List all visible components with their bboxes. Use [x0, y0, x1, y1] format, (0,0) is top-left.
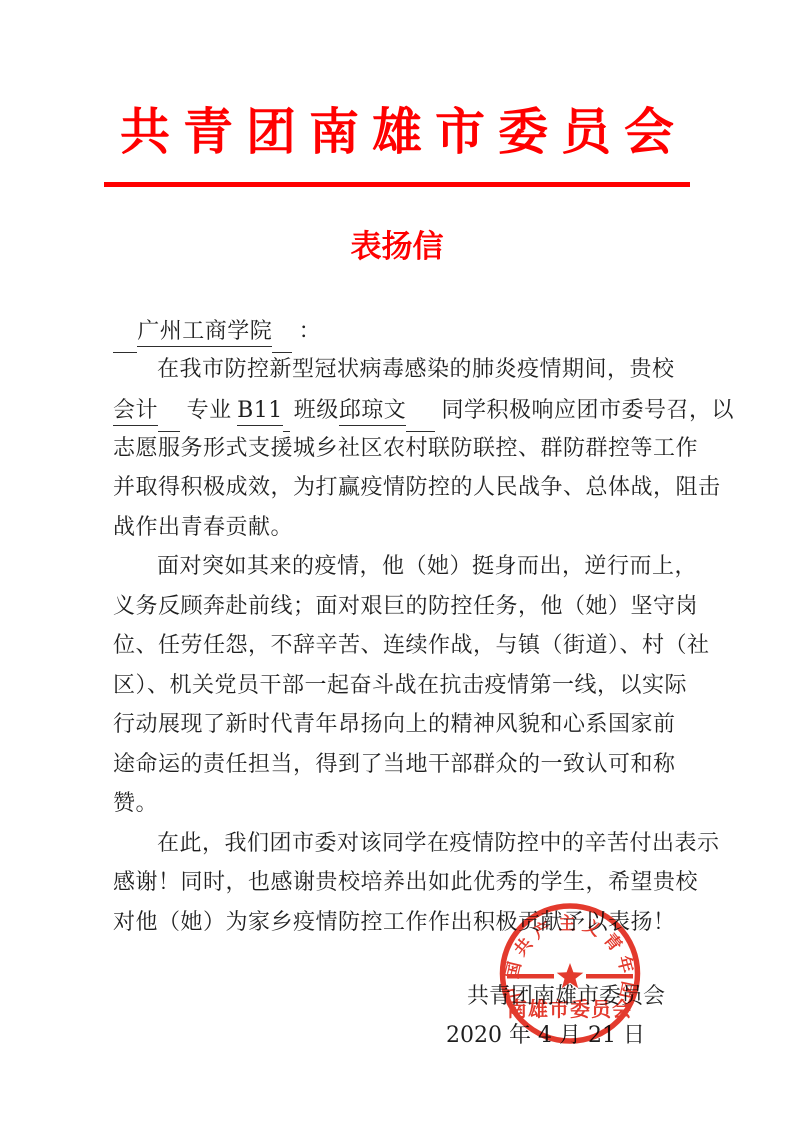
underlined-blank	[272, 310, 292, 353]
line-text: 感谢！同时，也感谢贵校培养出如此优秀的学生，希望贵校	[113, 870, 698, 895]
letter-line: 广州工商学院 ：	[113, 310, 683, 350]
letter-line: 行动展现了新时代青年昂扬向上的精神风貌和心系国家前	[113, 705, 683, 745]
signature-block: 共青团南雄市委员会 2020 年 4 月 21 日	[113, 982, 683, 1051]
underlined-blank	[406, 389, 435, 432]
letter-line: 位、任劳任怨，不辞辛苦、连续作战，与镇（街道）、村（社	[113, 626, 683, 666]
letter-line: 并取得积极成效，为打赢疫情防控的人民战争、总体战，阻击	[113, 468, 683, 508]
seal-left-bar	[507, 974, 554, 979]
line-text: 同学积极响应团市委号召，以	[442, 398, 735, 423]
line-text: 途命运的责任担当，得到了当地干部群众的一致认可和称	[113, 752, 676, 777]
seal-right-bar	[586, 974, 633, 979]
letter-line: 感谢！同时，也感谢贵校培养出如此优秀的学生，希望贵校	[113, 863, 683, 903]
letter-line: 对他（她）为家乡疫情防控工作作出积极贡献予以表扬！	[113, 903, 683, 943]
line-text	[292, 313, 299, 353]
letter-line: 义务反顾奔赴前线；面对艰巨的防控任务，他（她）坚守岗	[113, 587, 683, 627]
line-text: 义务反顾奔赴前线；面对艰巨的防控任务，他（她）坚守岗	[113, 594, 698, 619]
letter-title: 表扬信	[0, 229, 794, 265]
line-text: 对他（她）为家乡疫情防控工作作出积极贡献予以表扬！	[113, 910, 676, 935]
letter-line: 途命运的责任担当，得到了当地干部群众的一致认可和称	[113, 745, 683, 785]
letter-body: 广州工商学院 ：在我市防控新型冠状病毒感染的肺炎疫情期间，贵校会计 专业 B11…	[113, 310, 683, 942]
signature-org: 共青团南雄市委员会	[113, 982, 683, 1012]
letter-line: 会计 专业 B11 班级邱琼文 同学积极响应团市委号召，以	[113, 389, 683, 429]
line-text: 专业	[187, 398, 232, 423]
underlined-blank	[283, 389, 291, 432]
letter-line: 面对突如其来的疫情，他（她）挺身而出，逆行而上，	[113, 547, 683, 587]
letterhead-org-name: 共青团南雄市委员会	[0, 0, 794, 168]
line-text: 志愿服务形式支援城乡社区农村联防联控、群防群控等工作	[113, 436, 698, 461]
letter-line: 战作出青春贡献。	[113, 508, 683, 548]
line-text: 位、任劳任怨，不辞辛苦、连续作战，与镇（街道）、村（社	[113, 633, 710, 658]
underlined-blank	[158, 389, 180, 432]
line-text: 赞。	[113, 791, 158, 816]
line-text: 在我市防控新型冠状病毒感染的肺炎疫情期间，贵校	[157, 357, 675, 382]
line-text: 战作出青春贡献。	[113, 515, 293, 540]
underlined-blank: 广州工商学院	[137, 319, 272, 347]
signature-date: 2020 年 4 月 21 日	[113, 1021, 683, 1051]
letter-line: 在我市防控新型冠状病毒感染的肺炎疫情期间，贵校	[113, 350, 683, 390]
line-text: 并取得积极成效，为打赢疫情防控的人民战争、总体战，阻击	[113, 475, 721, 500]
underlined-blank: 邱琼文	[339, 398, 407, 426]
line-text: 区）、机关党员干部一起奋斗战在抗击疫情第一线，以实际	[113, 673, 687, 698]
letter-line: 志愿服务形式支援城乡社区农村联防联控、群防群控等工作	[113, 429, 683, 469]
underlined-blank: B11	[237, 398, 283, 426]
letter-line: 赞。	[113, 784, 683, 824]
underlined-blank	[113, 310, 137, 353]
line-text: 在此，我们团市委对该同学在疫情防控中的辛苦付出表示	[157, 831, 720, 856]
line-text: 面对突如其来的疫情，他（她）挺身而出，逆行而上，	[157, 554, 697, 579]
letterhead-rule	[104, 182, 690, 187]
underlined-blank: 会计	[113, 398, 158, 426]
line-text: 行动展现了新时代青年昂扬向上的精神风貌和心系国家前	[113, 712, 676, 737]
line-text: 班级	[294, 398, 339, 423]
line-text	[435, 392, 442, 432]
line-text	[180, 392, 187, 432]
letter-line: 在此，我们团市委对该同学在疫情防控中的辛苦付出表示	[113, 824, 683, 864]
line-text: ：	[299, 319, 322, 344]
letter-line: 区）、机关党员干部一起奋斗战在抗击疫情第一线，以实际	[113, 666, 683, 706]
letter-page: 共青团南雄市委员会 表扬信 广州工商学院 ：在我市防控新型冠状病毒感染的肺炎疫情…	[0, 0, 794, 1123]
